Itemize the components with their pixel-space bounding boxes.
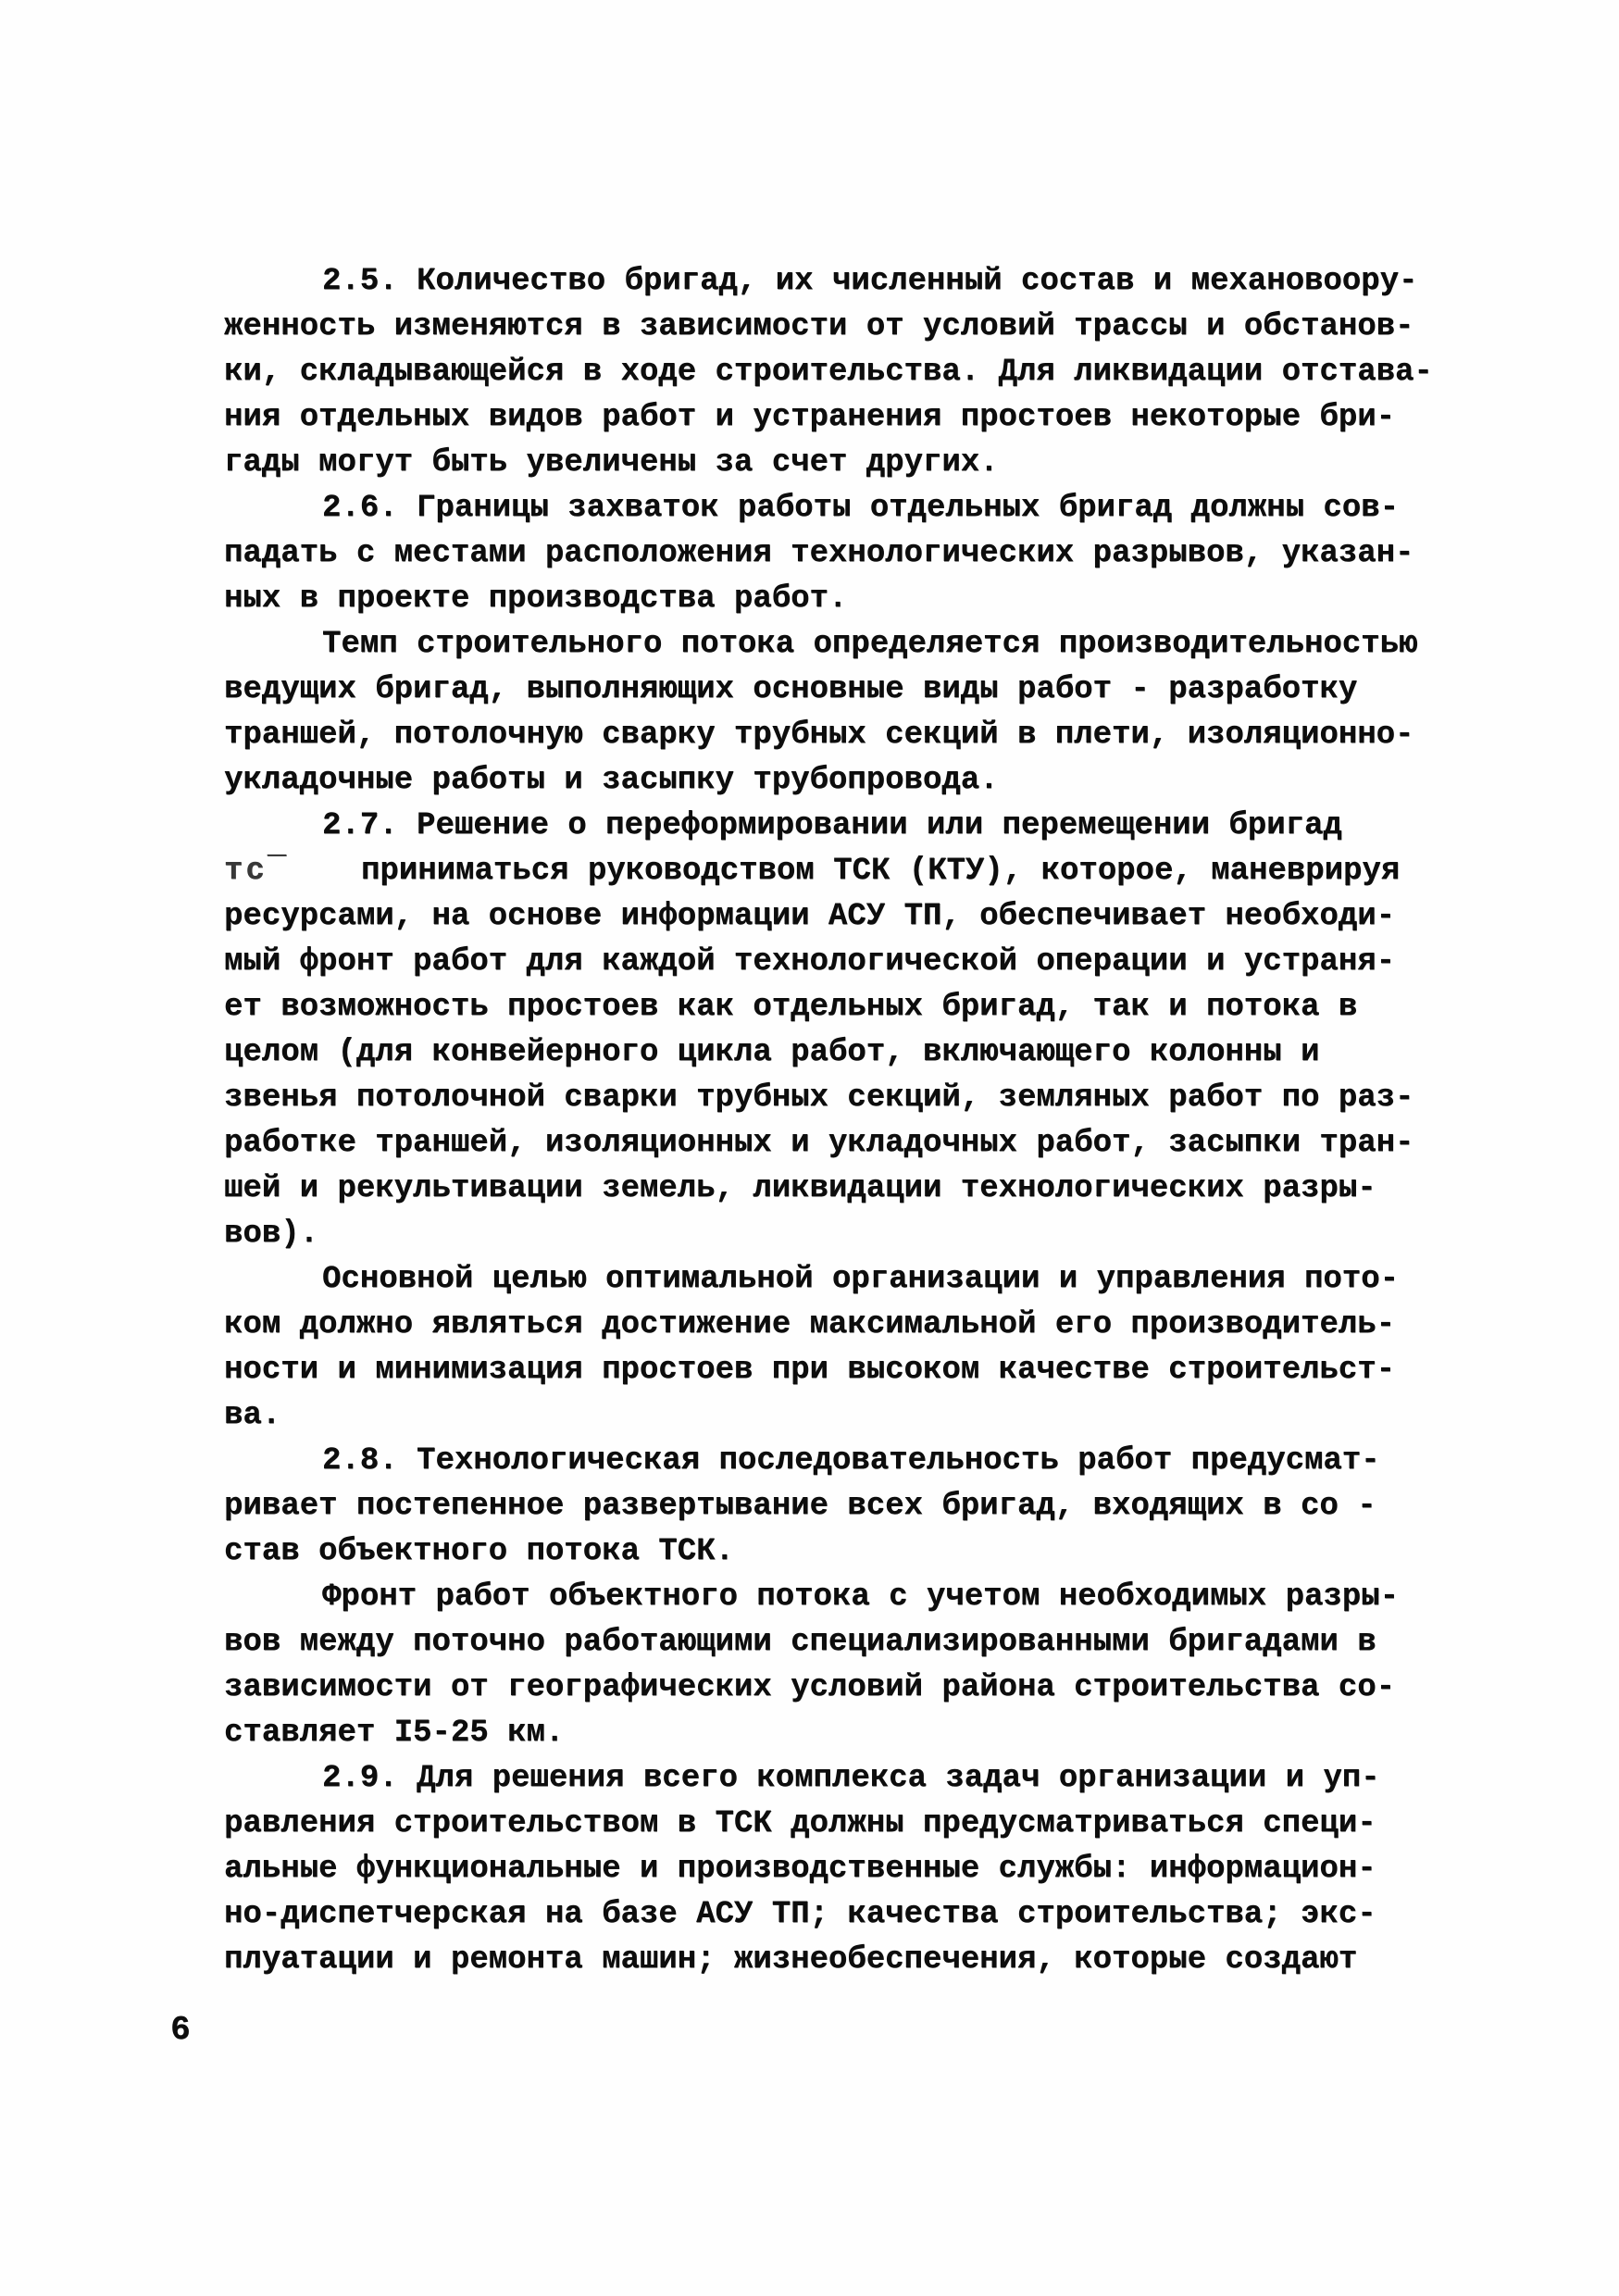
text-line: вов).	[224, 1212, 1520, 1257]
text-line: мый фронт работ для каждой технологическ…	[224, 940, 1520, 985]
page-number: 6	[170, 2007, 191, 2053]
text-line: 2.8. Технологическая последовательность …	[224, 1439, 1520, 1484]
document-body: 2.5. Количество бригад, их численный сос…	[224, 259, 1520, 1983]
text-line: ет возможность простоев как отдельных бр…	[224, 985, 1520, 1030]
text-line: равления строительством в ТСК должны пре…	[224, 1802, 1520, 1847]
text-line: траншей, потолочную сварку трубных секци…	[224, 713, 1520, 758]
text-line: ривает постепенное развертывание всех бр…	[224, 1484, 1520, 1529]
text-line: Фронт работ объектного потока с учетом н…	[224, 1575, 1520, 1620]
text-line: гады могут быть увеличены за счет других…	[224, 441, 1520, 486]
text-line: ва.	[224, 1393, 1520, 1439]
text-line: вов между поточно работающими специализи…	[224, 1620, 1520, 1666]
faded-print-fragment: тс¯	[224, 849, 361, 894]
text-line: Темп строительного потока определяется п…	[224, 622, 1520, 668]
text-line: ставляет I5-25 км.	[224, 1711, 1520, 1756]
text-line: тс¯приниматься руководством ТСК (КТУ), к…	[224, 849, 1520, 894]
text-line: падать с местами расположения технологич…	[224, 531, 1520, 577]
text-line: ния отдельных видов работ и устранения п…	[224, 395, 1520, 441]
text-line: 2.6. Границы захваток работы отдельных б…	[224, 486, 1520, 531]
text-line: 2.9. Для решения всего комплекса задач о…	[224, 1756, 1520, 1802]
text-line: став объектного потока ТСК.	[224, 1529, 1520, 1575]
text-line: шей и рекультивации земель, ликвидации т…	[224, 1167, 1520, 1212]
text-line: укладочные работы и засыпку трубопровода…	[224, 758, 1520, 804]
text-line: ности и минимизация простоев при высоком…	[224, 1348, 1520, 1393]
text-line: ведущих бригад, выполняющих основные вид…	[224, 668, 1520, 713]
text-line: плуатации и ремонта машин; жизнеобеспече…	[224, 1938, 1520, 1983]
text-line: звенья потолочной сварки трубных секций,…	[224, 1076, 1520, 1121]
text-line: но-диспетчерская на базе АСУ ТП; качеств…	[224, 1892, 1520, 1938]
text-line: ки, складывающейся в ходе строительства.…	[224, 350, 1520, 395]
text-line: зависимости от географических условий ра…	[224, 1666, 1520, 1711]
text-line: ных в проекте производства работ.	[224, 577, 1520, 622]
text-line: женность изменяются в зависимости от усл…	[224, 305, 1520, 350]
text-line: 2.5. Количество бригад, их численный сос…	[224, 259, 1520, 305]
text-line: ресурсами, на основе информации АСУ ТП, …	[224, 894, 1520, 940]
text-line: альные функциональные и производственные…	[224, 1847, 1520, 1892]
scanned-page: 2.5. Количество бригад, их численный сос…	[0, 0, 1619, 2296]
text-line: ком должно являться достижение максималь…	[224, 1303, 1520, 1348]
text-line: работке траншей, изоляционных и укладочн…	[224, 1121, 1520, 1167]
text-line: целом (для конвейерного цикла работ, вкл…	[224, 1030, 1520, 1076]
text-line: Основной целью оптимальной организации и…	[224, 1257, 1520, 1303]
text-line: 2.7. Решение о переформировании или пере…	[224, 804, 1520, 849]
